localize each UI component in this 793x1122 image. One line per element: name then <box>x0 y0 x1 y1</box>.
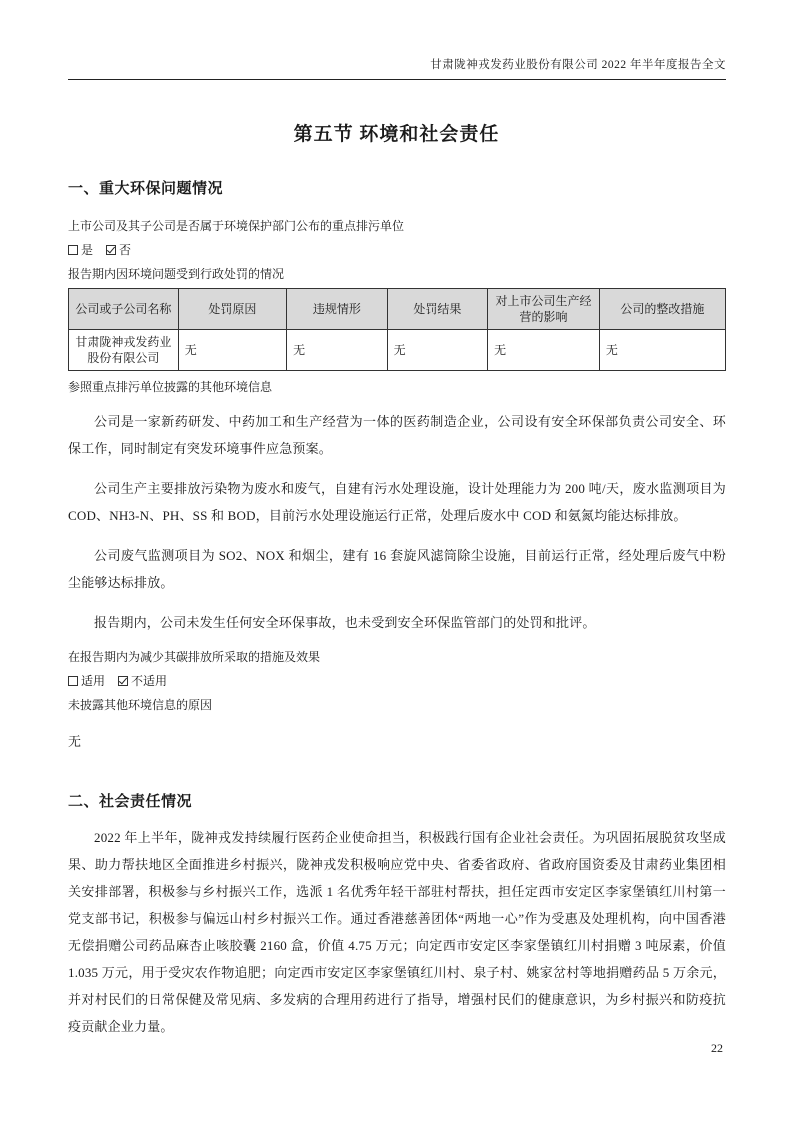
option-yes: 是 <box>68 243 93 257</box>
checkbox-checked-icon <box>118 676 128 686</box>
doc-header: 甘肃陇神戎发药业股份有限公司 2022 年半年度报告全文 <box>68 56 726 80</box>
other-env-info-label: 参照重点排污单位披露的其他环境信息 <box>68 380 726 395</box>
table-header-company: 公司或子公司名称 <box>69 289 179 330</box>
page-number: 22 <box>711 1041 723 1056</box>
penalty-table: 公司或子公司名称 处罚原因 违规情形 处罚结果 对上市公司生产经营的影响 公司的… <box>68 288 726 371</box>
table-header-penalty-reason: 处罚原因 <box>178 289 286 330</box>
option-applicable: 适用 <box>68 674 105 688</box>
checkbox-unchecked-icon <box>68 676 78 686</box>
cell-impact: 无 <box>488 330 600 371</box>
option-not-applicable: 不适用 <box>118 674 167 688</box>
cell-penalty-result: 无 <box>387 330 488 371</box>
cell-penalty-reason: 无 <box>178 330 286 371</box>
key-pollutant-options: 是 否 <box>68 243 726 258</box>
table-header-violation: 违规情形 <box>287 289 388 330</box>
env-paragraph-4: 报告期内，公司未发生任何安全环保事故，也未受到安全环保监管部门的处罚和批评。 <box>68 609 726 636</box>
option-applicable-label: 适用 <box>81 674 105 688</box>
checkbox-checked-icon <box>106 245 116 255</box>
penalty-table-header-row: 公司或子公司名称 处罚原因 违规情形 处罚结果 对上市公司生产经营的影响 公司的… <box>69 289 726 330</box>
option-no: 否 <box>106 243 131 257</box>
env-paragraph-2: 公司生产主要排放污染物为废水和废气，自建有污水处理设施，设计处理能力为 200 … <box>68 475 726 529</box>
doc-header-text: 甘肃陇神戎发药业股份有限公司 2022 年半年度报告全文 <box>430 59 726 71</box>
option-not-applicable-label: 不适用 <box>131 674 167 688</box>
report-page: 甘肃陇神戎发药业股份有限公司 2022 年半年度报告全文 第五节 环境和社会责任… <box>0 0 793 1122</box>
table-row: 甘肃陇神戎发药业股份有限公司 无 无 无 无 无 <box>69 330 726 371</box>
penalty-intro-label: 报告期内因环境问题受到行政处罚的情况 <box>68 267 726 282</box>
table-header-penalty-result: 处罚结果 <box>387 289 488 330</box>
table-header-impact: 对上市公司生产经营的影响 <box>488 289 600 330</box>
page-title: 第五节 环境和社会责任 <box>0 119 793 146</box>
page-content: 一、重大环保问题情况 上市公司及其子公司是否属于环境保护部门公布的重点排污单位 … <box>68 177 726 1040</box>
option-no-label: 否 <box>119 243 131 257</box>
option-yes-label: 是 <box>81 243 93 257</box>
cell-company-name: 甘肃陇神戎发药业股份有限公司 <box>69 330 179 371</box>
key-pollutant-question-label: 上市公司及其子公司是否属于环境保护部门公布的重点排污单位 <box>68 219 726 234</box>
cell-violation: 无 <box>287 330 388 371</box>
cell-rectification: 无 <box>599 330 725 371</box>
undisclosed-reason-label: 未披露其他环境信息的原因 <box>68 698 726 713</box>
carbon-measures-label: 在报告期内为减少其碳排放所采取的措施及效果 <box>68 650 726 665</box>
env-paragraph-3: 公司废气监测项目为 SO2、NOX 和烟尘，建有 16 套旋风滤筒除尘设施，目前… <box>68 542 726 596</box>
section-1-heading: 一、重大环保问题情况 <box>68 177 726 198</box>
env-paragraph-1: 公司是一家新药研发、中药加工和生产经营为一体的医药制造企业，公司设有安全环保部负… <box>68 408 726 462</box>
undisclosed-reason-value: 无 <box>68 728 726 755</box>
carbon-measures-options: 适用 不适用 <box>68 674 726 689</box>
checkbox-unchecked-icon <box>68 245 78 255</box>
table-header-rectification: 公司的整改措施 <box>599 289 725 330</box>
social-responsibility-paragraph: 2022 年上半年，陇神戎发持续履行医药企业使命担当，积极践行国有企业社会责任。… <box>68 824 726 1040</box>
section-2-heading: 二、社会责任情况 <box>68 790 726 811</box>
